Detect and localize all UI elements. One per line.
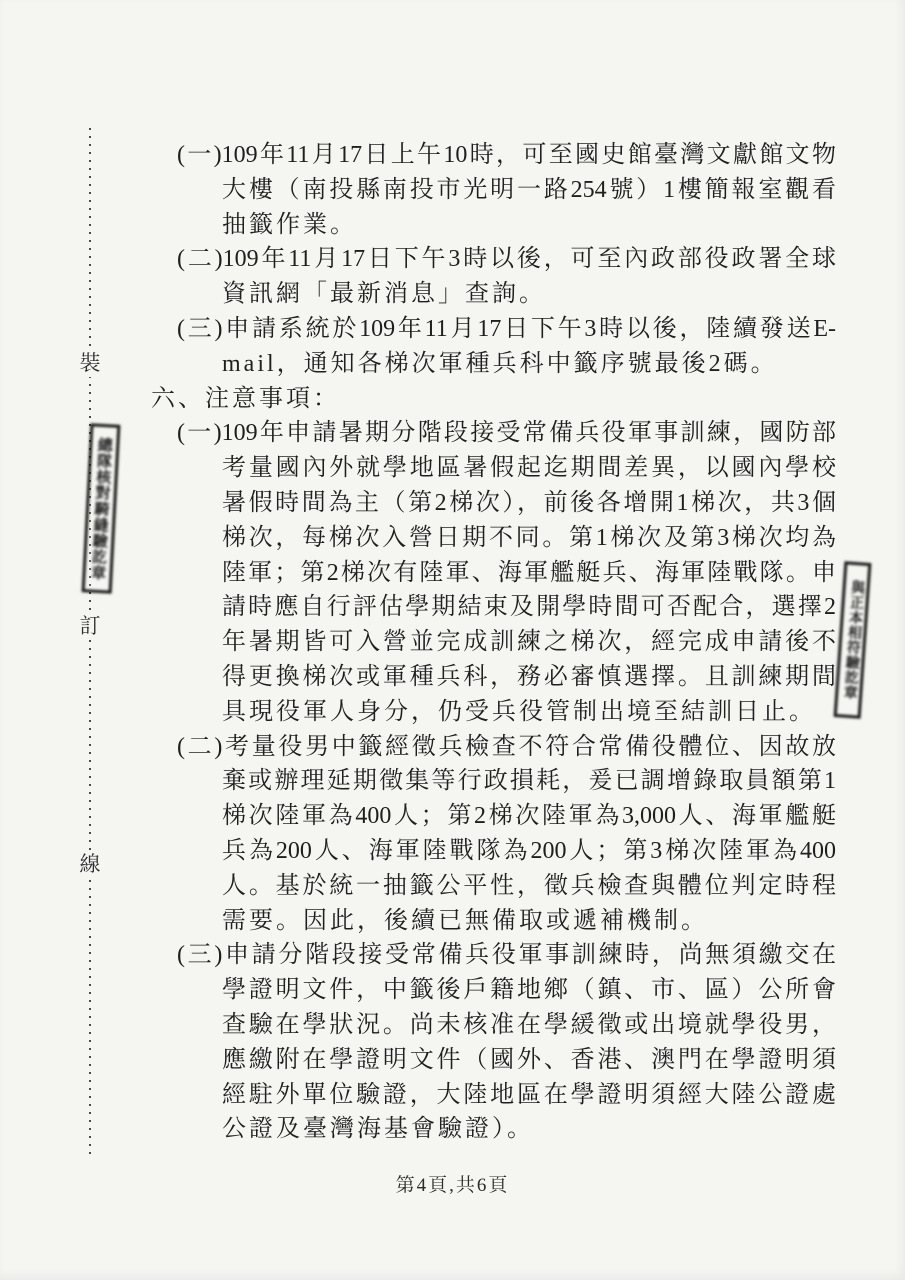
scanned-document-page: { "page": { "background_color": "#f5f5f2… [0, 0, 905, 1280]
text-line: 兵為200人、海軍陸戰隊為200人；第3梯次陸軍為400 [222, 834, 836, 869]
text-line: 梯次，每梯次入營日期不同。第1梯次及第3梯次均為 [222, 521, 836, 556]
text-line: mail，通知各梯次軍種兵科中籤序號最後2碼。 [222, 347, 836, 382]
text-line: 六、注意事項： [151, 382, 840, 417]
text-line: 請時應自行評估學期結束及開學時間可否配合，選擇2 [222, 590, 836, 625]
text-line: 應繳附在學證明文件（國外、香港、澳門在學證明須 [222, 1043, 836, 1078]
text-line: (二)109年11月17日下午3時以後，可至內政部役政署全球 [177, 242, 836, 277]
text-line: 具現役軍人身分，仍受兵役管制出境至結訓日止。 [222, 695, 836, 730]
text-line: 暑假時間為主（第2梯次），前後各增開1梯次，共3個 [222, 486, 836, 521]
page-number-footer: 第4頁,共6頁 [0, 1170, 905, 1197]
text-line: 得更換梯次或軍種兵科，務必審慎選擇。且訓練期間 [222, 660, 836, 695]
text-line: 考量國內外就學地區暑假起迄期間差異，以國內學校 [222, 451, 836, 486]
text-line: 查驗在學狀況。尚未核准在學緩徵或出境就學役男， [222, 1008, 836, 1043]
text-line: 學證明文件，中籤後戶籍地鄉（鎮、市、區）公所會 [222, 973, 836, 1008]
text-line: 資訊網「最新消息」查詢。 [222, 277, 836, 312]
text-line: 經駐外單位驗證，大陸地區在學證明須經大陸公證處 [222, 1078, 836, 1113]
text-line: (三)申請分階段接受常備兵役軍事訓練時，尚無須繳交在 [177, 938, 836, 973]
text-line: (二)考量役男中籤經徵兵檢查不符合常備役體位、因故放 [177, 730, 836, 765]
text-line: 年暑期皆可入營並完成訓練之梯次，經完成申請後不 [222, 625, 836, 660]
document-body: (一)109年11月17日上午10時，可至國史館臺灣文獻館文物大樓（南投縣南投市… [0, 138, 840, 1147]
text-line: 大樓（南投縣南投市光明一路254號）1樓簡報室觀看 [222, 173, 836, 208]
text-line: 梯次陸軍為400人；第2梯次陸軍為3,000人、海軍艦艇 [222, 799, 836, 834]
text-line: 公證及臺灣海基會驗證）。 [222, 1112, 836, 1147]
text-line: 需要。因此，後續已無備取或遞補機制。 [222, 904, 836, 939]
text-line: (一)109年申請暑期分階段接受常備兵役軍事訓練，國防部 [177, 416, 836, 451]
text-line: 抽籤作業。 [222, 208, 836, 243]
text-line: 陸軍；第2梯次有陸軍、海軍艦艇兵、海軍陸戰隊。申 [222, 556, 836, 591]
text-line: 棄或辦理延期徵集等行政損耗，爰已調增錄取員額第1 [222, 764, 836, 799]
text-line: 人。基於統一抽籤公平性，徵兵檢查與體位判定時程 [222, 869, 836, 904]
text-line: (三)申請系統於109年11月17日下午3時以後，陸續發送E- [177, 312, 836, 347]
text-line: (一)109年11月17日上午10時，可至國史館臺灣文獻館文物 [177, 138, 836, 173]
